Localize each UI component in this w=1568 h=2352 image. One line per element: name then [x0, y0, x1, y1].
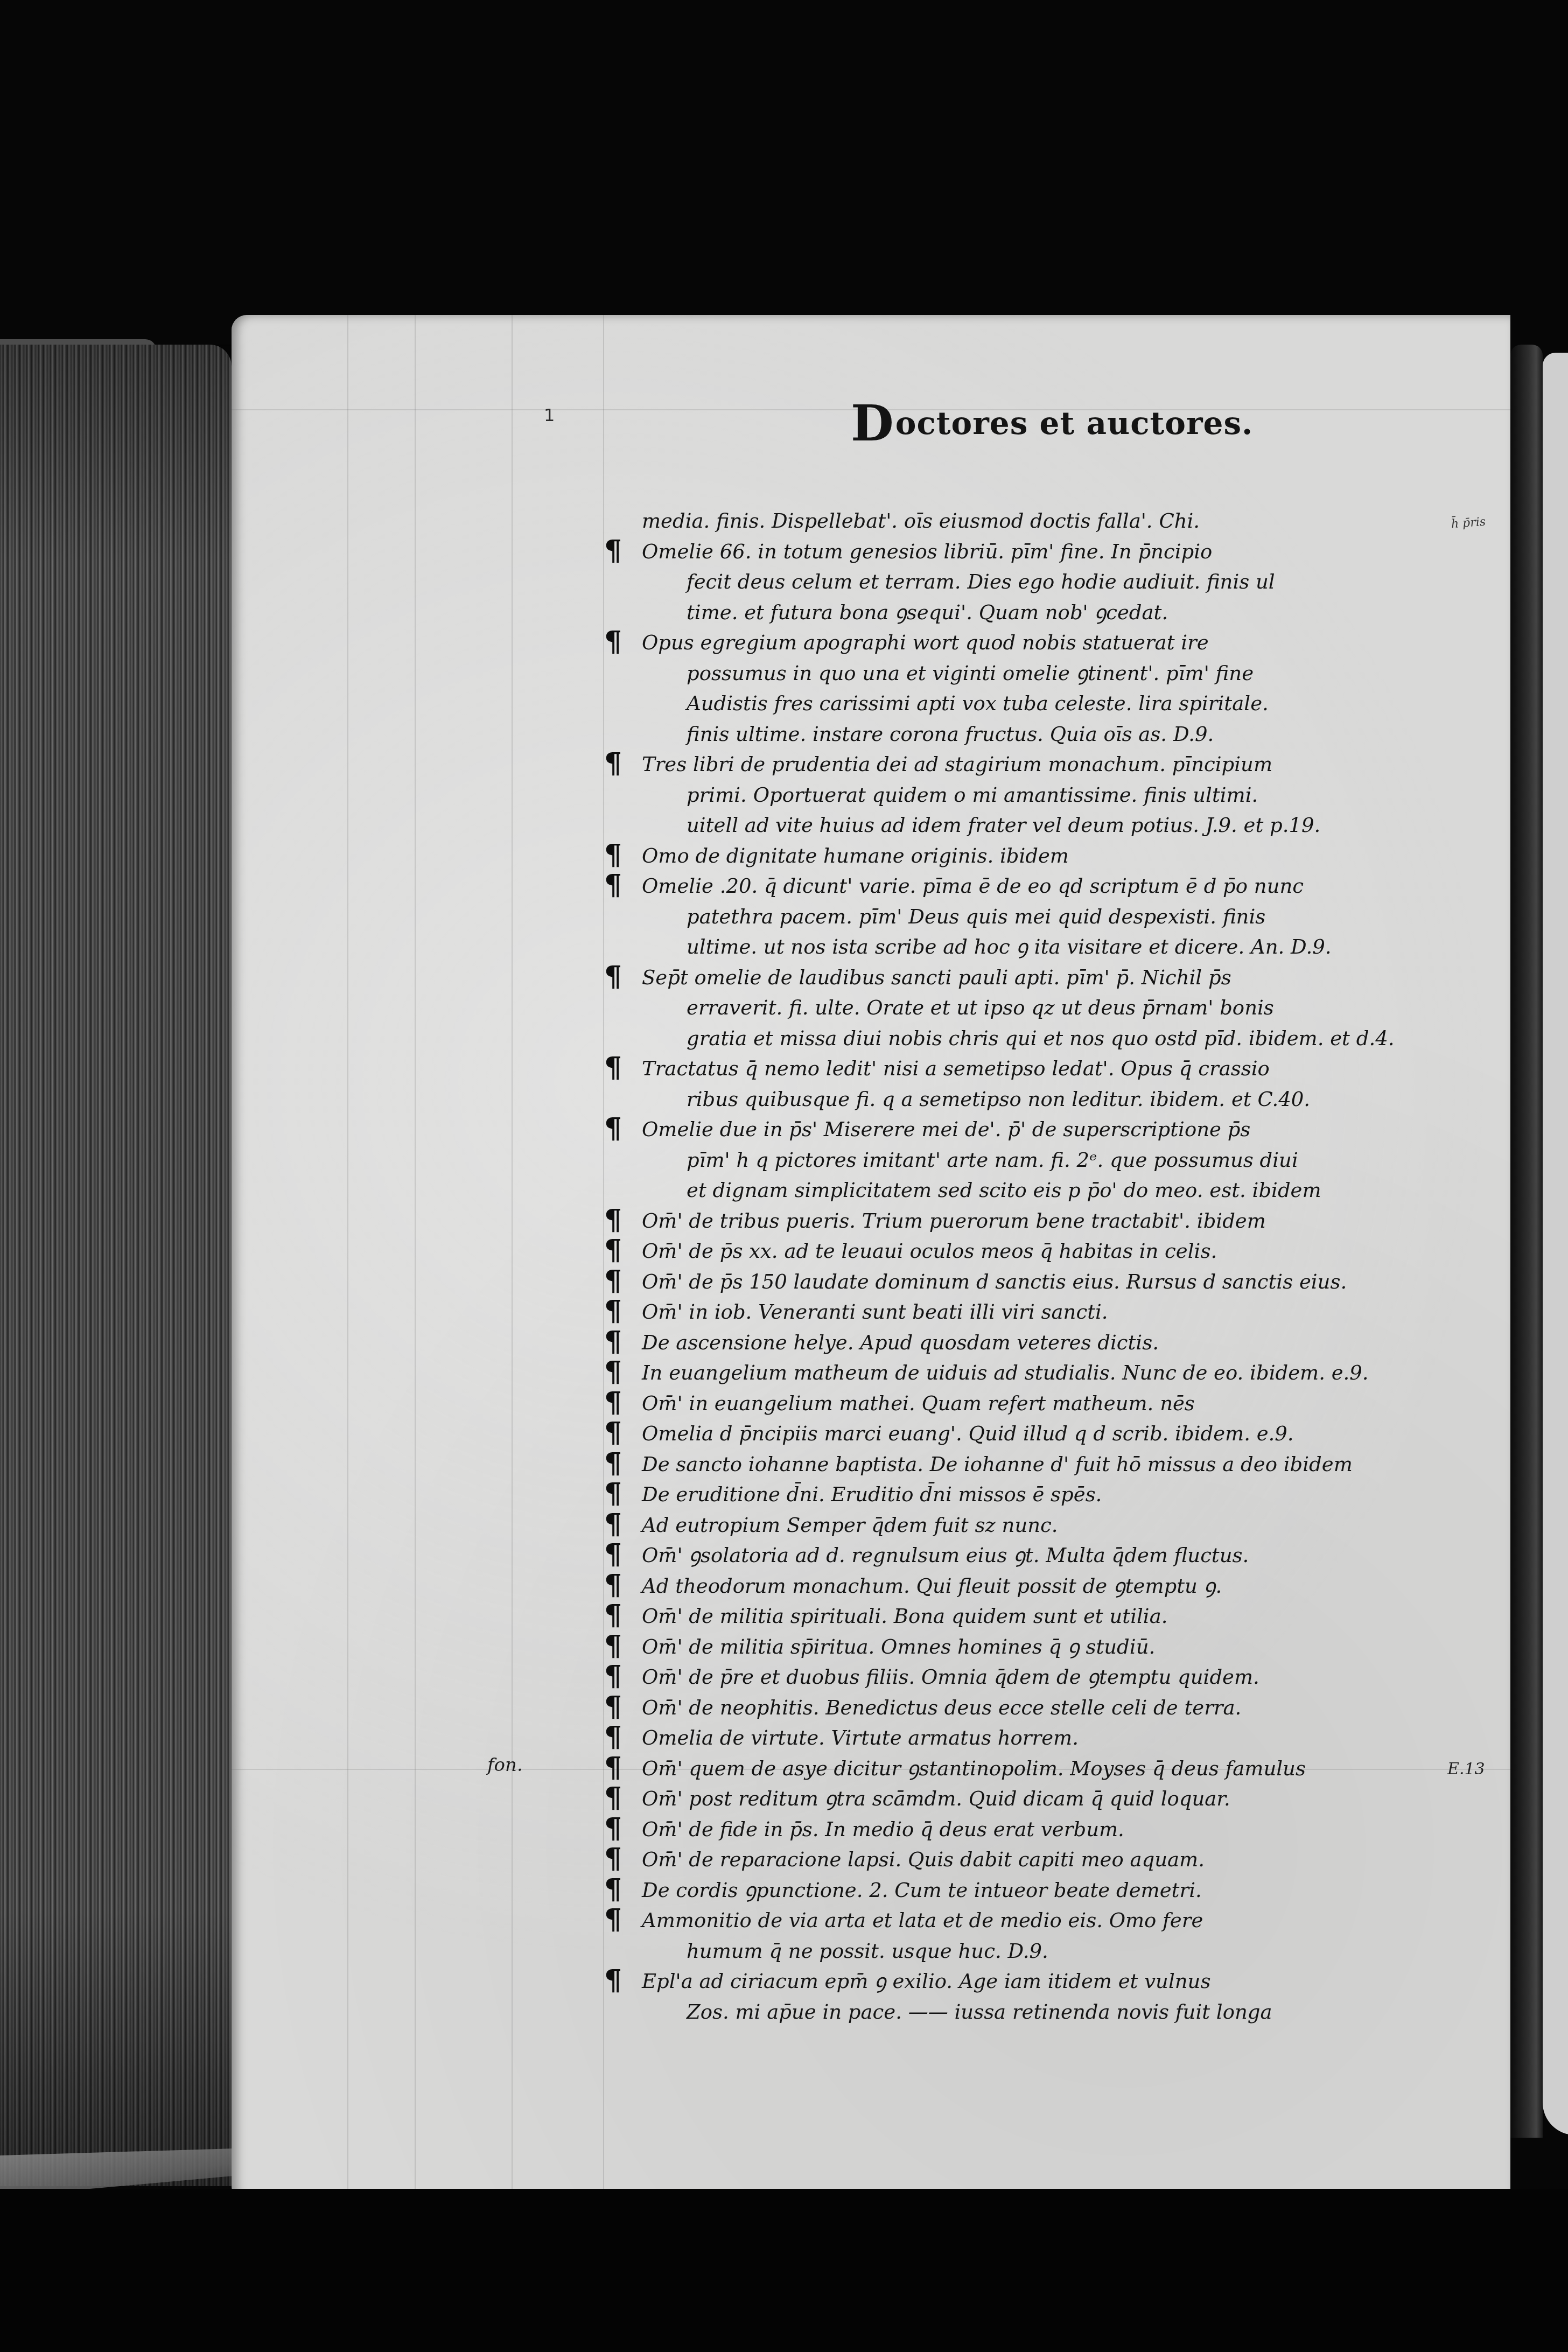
list-item: ¶Om̄' de p̄s 150 laudate dominum d sanct…	[635, 1267, 1432, 1298]
list-item: media. finis. Dispellebat'. oīs eiusmod …	[635, 506, 1432, 537]
entry-first-line: Sep̄t omelie de laudibus sancti pauli ap…	[635, 963, 1432, 993]
ruling-line-vertical	[347, 315, 348, 2232]
pilcrow-icon: ¶	[604, 840, 622, 871]
list-item: ¶Om̄' de militia sp̄iritua. Omnes homine…	[635, 1632, 1432, 1663]
pilcrow-icon: ¶	[604, 1661, 622, 1692]
entry-continuation-line: fecit deus celum et terram. Dies ego hod…	[635, 567, 1432, 598]
facing-leaf-edge	[1543, 353, 1568, 2135]
list-item: ¶Om̄' in iob. Veneranti sunt beati illi …	[635, 1297, 1432, 1328]
list-item: ¶De eruditione d̄ni. Eruditio d̄ni misso…	[635, 1480, 1432, 1510]
list-item: ¶In euangelium matheum de uiduis ad stud…	[635, 1358, 1432, 1389]
entry-continuation-line: pīm' h q pictores imitant' arte nam. fi.…	[635, 1145, 1432, 1176]
list-item: ¶Om̄' de p̄re et duobus filiis. Omnia q̄…	[635, 1662, 1432, 1693]
ruling-line-vertical	[512, 315, 513, 2232]
list-item: ¶Om̄' de p̄s xx. ad te leuaui oculos meo…	[635, 1236, 1432, 1267]
list-item: ¶Omelie due in p̄s' Miserere mei de'. p̄…	[635, 1115, 1432, 1206]
pilcrow-icon: ¶	[604, 1388, 622, 1418]
list-item: ¶Epl'a ad ciriacum epm̄ ꝯ exilio. Age ia…	[635, 1966, 1432, 2027]
background-shadow	[0, 2189, 1568, 2352]
pilcrow-icon: ¶	[604, 1600, 622, 1631]
entry-first-line: Ad theodorum monachum. Qui fleuit possit…	[635, 1571, 1432, 1602]
binding-gutter	[1510, 345, 1543, 2138]
pilcrow-icon: ¶	[604, 1266, 622, 1297]
list-item: ¶De cordis ꝯpunctione. 2. Cum te intueor…	[635, 1875, 1432, 1906]
pilcrow-icon: ¶	[604, 1235, 622, 1266]
pilcrow-icon: ¶	[604, 1844, 622, 1874]
entry-first-line: Epl'a ad ciriacum epm̄ ꝯ exilio. Age iam…	[635, 1966, 1432, 1997]
entry-first-line: Om̄' de reparacione lapsi. Quis dabit ca…	[635, 1845, 1432, 1875]
folio-mark: 1	[544, 405, 555, 425]
pilcrow-icon: ¶	[604, 1296, 622, 1327]
list-item: ¶Omo de dignitate humane originis. ibide…	[635, 841, 1432, 872]
pilcrow-icon: ¶	[604, 1509, 622, 1540]
list-item: ¶Om̄' de fide in p̄s. In medio q̄ deus e…	[635, 1815, 1432, 1845]
pilcrow-icon: ¶	[604, 1357, 622, 1388]
list-item: ¶Sep̄t omelie de laudibus sancti pauli a…	[635, 963, 1432, 1054]
entry-continuation-line: humum q̄ ne possit. usque huc. D.9.	[635, 1936, 1432, 1967]
pilcrow-icon: ¶	[604, 1783, 622, 1814]
pilcrow-icon: ¶	[604, 1631, 622, 1662]
pilcrow-icon: ¶	[604, 1905, 622, 1935]
entry-continuation-line: gratia et missa diui nobis chris qui et …	[635, 1024, 1432, 1054]
pilcrow-icon: ¶	[604, 1114, 622, 1144]
margin-note-left: fon.	[487, 1754, 523, 1776]
pilcrow-icon: ¶	[604, 1722, 622, 1753]
scan-scene: 1 Doctores et auctores. h̄ p̄ris media. …	[0, 0, 1568, 2352]
entry-first-line: Om̄' post reditum ꝯtra scāmdm. Quid dica…	[635, 1784, 1432, 1815]
entry-first-line: Omelie .20. q̄ dicunt' varie. pīma ē de …	[635, 871, 1432, 902]
list-item: ¶Om̄' ꝯsolatoria ad d. regnulsum eius ꝯt…	[635, 1541, 1432, 1571]
entry-continuation-line: primi. Oportuerat quidem o mi amantissim…	[635, 780, 1432, 811]
pilcrow-icon: ¶	[604, 1327, 622, 1357]
entry-first-line: Om̄' de p̄s 150 laudate dominum d sancti…	[635, 1267, 1432, 1298]
entry-first-line: Om̄' quem de asye dicitur ꝯstantinopolim…	[635, 1754, 1432, 1784]
list-item: ¶Om̄' de militia spirituali. Bona quidem…	[635, 1601, 1432, 1632]
list-item: ¶Omelia de virtute. Virtute armatus horr…	[635, 1723, 1432, 1754]
entry-continuation-line: Zos. mi ap̄ue in pace. —— iussa retinend…	[635, 1997, 1432, 2028]
entry-first-line: Omelia d p̄ncipiis marci euang'. Quid il…	[635, 1419, 1432, 1450]
pilcrow-icon: ¶	[604, 748, 622, 779]
list-item: ¶De ascensione helye. Apud quosdam veter…	[635, 1328, 1432, 1359]
pilcrow-icon: ¶	[604, 870, 622, 901]
pilcrow-icon: ¶	[604, 627, 622, 657]
entry-first-line: Tractatus q̄ nemo ledit' nisi a semetips…	[635, 1054, 1432, 1084]
list-item: ¶Om̄' de tribus pueris. Trium puerorum b…	[635, 1206, 1432, 1237]
pilcrow-icon: ¶	[604, 1539, 622, 1570]
entry-first-line: Omelie due in p̄s' Miserere mei de'. p̄'…	[635, 1115, 1432, 1145]
entry-first-line: Ammonitio de via arta et lata et de medi…	[635, 1906, 1432, 1936]
pilcrow-icon: ¶	[604, 1570, 622, 1601]
list-item: ¶Omelie 66. in totum genesios libriū. pī…	[635, 537, 1432, 628]
pilcrow-icon: ¶	[604, 1692, 622, 1723]
entry-first-line: Omelie 66. in totum genesios libriū. pīm…	[635, 537, 1432, 568]
pilcrow-icon: ¶	[604, 1479, 622, 1509]
entry-first-line: Om̄' in iob. Veneranti sunt beati illi v…	[635, 1297, 1432, 1328]
pilcrow-icon: ¶	[604, 1205, 622, 1236]
entry-first-line: Om̄' de fide in p̄s. In medio q̄ deus er…	[635, 1815, 1432, 1845]
entry-continuation-line: ribus quibusque fi. q a semetipso non le…	[635, 1084, 1432, 1115]
text-block-fore-edge	[0, 345, 232, 2186]
entry-continuation-line: erraverit. fi. ulte. Orate et ut ipso qz…	[635, 993, 1432, 1024]
list-item: ¶Tractatus q̄ nemo ledit' nisi a semetip…	[635, 1054, 1432, 1115]
entry-first-line: Om̄' de p̄re et duobus filiis. Omnia q̄d…	[635, 1662, 1432, 1693]
entry-continuation-line: Audistis fres carissimi apti vox tuba ce…	[635, 689, 1432, 719]
list-item: ¶Ad theodorum monachum. Qui fleuit possi…	[635, 1571, 1432, 1602]
entry-first-line: Ad eutropium Semper q̄dem fuit sz nunc.	[635, 1510, 1432, 1541]
list-item: ¶De sancto iohanne baptista. De iohanne …	[635, 1450, 1432, 1480]
margin-note-end: E.13	[1447, 1760, 1485, 1779]
list-item: ¶Opus egregium apographi wort quod nobis…	[635, 628, 1432, 750]
entry-first-line: De cordis ꝯpunctione. 2. Cum te intueor …	[635, 1875, 1432, 1906]
list-item: ¶Om̄' de neophitis. Benedictus deus ecce…	[635, 1693, 1432, 1724]
entry-first-line: De sancto iohanne baptista. De iohanne d…	[635, 1450, 1432, 1480]
list-item: ¶Ad eutropium Semper q̄dem fuit sz nunc.	[635, 1510, 1432, 1541]
entry-first-line: Om̄' de p̄s xx. ad te leuaui oculos meos…	[635, 1236, 1432, 1267]
entry-continuation-line: uitell ad vite huius ad idem frater vel …	[635, 810, 1432, 841]
page-title: Doctores et auctores.	[851, 388, 1253, 446]
entry-first-line: Omelia de virtute. Virtute armatus horre…	[635, 1723, 1432, 1754]
entry-continuation-line: patethra pacem. pīm' Deus quis mei quid …	[635, 902, 1432, 933]
pilcrow-icon: ¶	[604, 1965, 622, 1996]
entry-first-line: Opus egregium apographi wort quod nobis …	[635, 628, 1432, 659]
pilcrow-icon: ¶	[604, 1874, 622, 1905]
entry-continuation-line: ultime. ut nos ista scribe ad hoc ꝯ ita …	[635, 932, 1432, 963]
pilcrow-icon: ¶	[604, 1814, 622, 1844]
pilcrow-icon: ¶	[604, 1753, 622, 1783]
entry-first-line: Omo de dignitate humane originis. ibidem	[635, 841, 1432, 872]
list-item: ¶Om̄' quem de asye dicitur ꝯstantinopoli…	[635, 1754, 1432, 1784]
entry-first-line: In euangelium matheum de uiduis ad studi…	[635, 1358, 1432, 1389]
entry-first-line: De eruditione d̄ni. Eruditio d̄ni missos…	[635, 1480, 1432, 1510]
entry-first-line: Om̄' de neophitis. Benedictus deus ecce …	[635, 1693, 1432, 1724]
margin-note-right: h̄ p̄ris	[1451, 516, 1486, 531]
entry-continuation-line: possumus in quo una et viginti omelie ꝯt…	[635, 659, 1432, 689]
entry-list: media. finis. Dispellebat'. oīs eiusmod …	[635, 506, 1432, 2027]
list-item: ¶Omelia d p̄ncipiis marci euang'. Quid i…	[635, 1419, 1432, 1450]
entry-first-line: Om̄' de tribus pueris. Trium puerorum be…	[635, 1206, 1432, 1237]
pilcrow-icon: ¶	[604, 962, 622, 992]
list-item: ¶Tres libri de prudentia dei ad stagiriu…	[635, 750, 1432, 841]
entry-first-line: Om̄' de militia spirituali. Bona quidem …	[635, 1601, 1432, 1632]
entry-continuation-line: finis ultime. instare corona fructus. Qu…	[635, 719, 1432, 750]
list-item: ¶Om̄' de reparacione lapsi. Quis dabit c…	[635, 1845, 1432, 1875]
page-title-text: octores et auctores.	[895, 405, 1254, 442]
entry-first-line: Om̄' in euangelium mathei. Quam refert m…	[635, 1389, 1432, 1419]
entry-continuation-line: et dignam simplicitatem sed scito eis p …	[635, 1175, 1432, 1206]
pilcrow-icon: ¶	[604, 1418, 622, 1448]
list-item: ¶Ammonitio de via arta et lata et de med…	[635, 1906, 1432, 1966]
ruling-line-vertical	[415, 315, 416, 2232]
list-item: ¶Omelie .20. q̄ dicunt' varie. pīma ē de…	[635, 871, 1432, 963]
decorated-initial: D	[851, 394, 894, 452]
pilcrow-icon: ¶	[604, 1448, 622, 1479]
pilcrow-icon: ¶	[604, 536, 622, 566]
entry-continuation-line: time. et futura bona ꝯsequi'. Quam nob' …	[635, 598, 1432, 628]
list-item: ¶Om̄' post reditum ꝯtra scāmdm. Quid dic…	[635, 1784, 1432, 1815]
list-item: ¶Om̄' in euangelium mathei. Quam refert …	[635, 1389, 1432, 1419]
entry-first-line: Tres libri de prudentia dei ad stagirium…	[635, 750, 1432, 780]
entry-first-line: Om̄' ꝯsolatoria ad d. regnulsum eius ꝯt.…	[635, 1541, 1432, 1571]
entry-first-line: De ascensione helye. Apud quosdam vetere…	[635, 1328, 1432, 1359]
entry-first-line: media. finis. Dispellebat'. oīs eiusmod …	[635, 506, 1432, 537]
pilcrow-icon: ¶	[604, 1053, 622, 1083]
entry-first-line: Om̄' de militia sp̄iritua. Omnes homines…	[635, 1632, 1432, 1663]
